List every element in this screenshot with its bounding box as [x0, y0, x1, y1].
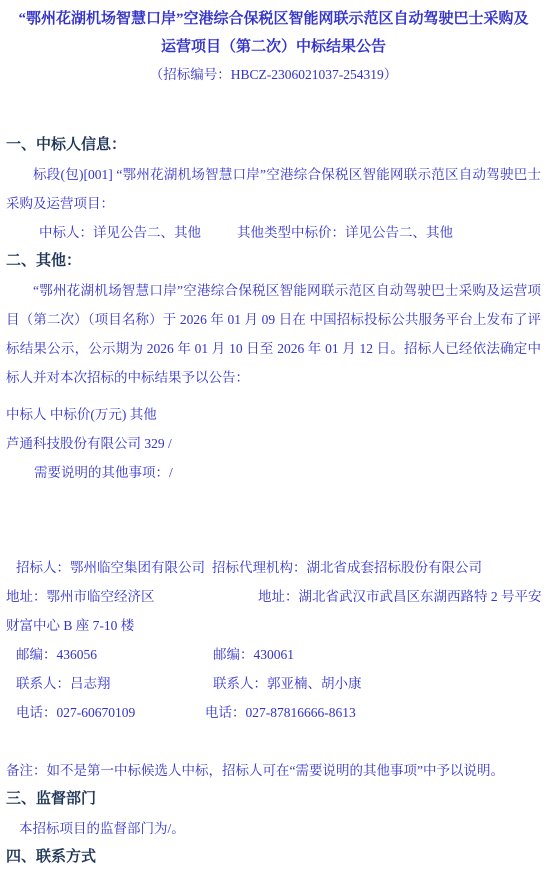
postcode-line: 邮编：436056 邮编：430061	[6, 640, 541, 669]
section-2-heading: 二、其他：	[6, 247, 541, 276]
section-3-heading: 三、监督部门	[6, 785, 541, 814]
address-continuation: 财富中心 B 座 7-10 楼	[6, 611, 541, 640]
result-table-row: 芦通科技股份有限公司 329 /	[6, 429, 541, 458]
document-title: “鄂州花湖机场智慧口岸”空港综合保税区智能网联示范区自动驾驶巴士采购及 运营项目…	[6, 0, 541, 61]
supervision-text-content: 本招标项目的监督部门为/。	[19, 821, 185, 836]
tenderer-phone: 电话：027-60670109	[16, 705, 135, 720]
title-line-1: “鄂州花湖机场智慧口岸”空港综合保税区智能网联示范区自动驾驶巴士采购及	[18, 11, 528, 27]
phone-line: 电话：027-60670109 电话：027-87816666-8613	[6, 698, 541, 727]
other-price-label: 其他类型中标价：详见公告二、其他	[237, 218, 453, 247]
announcement-document: “鄂州花湖机场智慧口岸”空港综合保税区智能网联示范区自动驾驶巴士采购及 运营项目…	[0, 0, 547, 870]
tenderer-contact: 联系人：吕志翔	[16, 676, 111, 691]
other-note: 需要说明的其他事项：/	[6, 458, 541, 487]
winner-label: 中标人：详见公告二、其他	[39, 225, 201, 240]
tenderer-name: 招标人：鄂州临空集团有限公司	[16, 560, 205, 575]
winner-info-line: 中标人：详见公告二、其他 其他类型中标价：详见公告二、其他	[6, 218, 541, 247]
tenderer-agency-line: 招标人：鄂州临空集团有限公司招标代理机构：湖北省成套招标股份有限公司	[6, 553, 541, 582]
section-1-heading: 一、中标人信息：	[6, 131, 541, 160]
section-4-heading: 四、联系方式	[6, 843, 541, 870]
agency-address: 地址：湖北省武汉市武昌区东湖西路特 2 号平安	[258, 582, 542, 611]
agency-name: 招标代理机构：湖北省成套招标股份有限公司	[212, 560, 482, 575]
agency-postcode: 邮编：430061	[213, 640, 294, 669]
result-table-header: 中标人 中标价(万元) 其他	[6, 400, 541, 429]
address-line: 地址：鄂州市临空经济区 地址：湖北省武汉市武昌区东湖西路特 2 号平安	[6, 582, 541, 611]
contact-person-line: 联系人：吕志翔 联系人：郭亚楠、胡小康	[6, 669, 541, 698]
agency-contact: 联系人：郭亚楠、胡小康	[213, 669, 362, 698]
remark-line: 备注：如不是第一中标候选人中标，招标人可在“需要说明的其他事项”中予以说明。	[6, 756, 541, 785]
lot-description: 标段(包)[001] “鄂州花湖机场智慧口岸”空港综合保税区智能网联示范区自动驾…	[6, 160, 541, 218]
bid-number: （招标编号：HBCZ-2306021037-254319）	[6, 61, 541, 89]
tenderer-address: 地址：鄂州市临空经济区	[6, 589, 155, 604]
agency-phone: 电话：027-87816666-8613	[205, 698, 356, 727]
supervision-text: 本招标项目的监督部门为/。	[6, 814, 541, 843]
tenderer-postcode: 邮编：436056	[16, 647, 97, 662]
other-note-text: 需要说明的其他事项：/	[34, 465, 173, 480]
title-line-2: 运营项目（第二次）中标结果公告	[161, 39, 386, 55]
result-paragraph: “鄂州花湖机场智慧口岸”空港综合保税区智能网联示范区自动驾驶巴士采购及运营项目（…	[6, 276, 541, 392]
